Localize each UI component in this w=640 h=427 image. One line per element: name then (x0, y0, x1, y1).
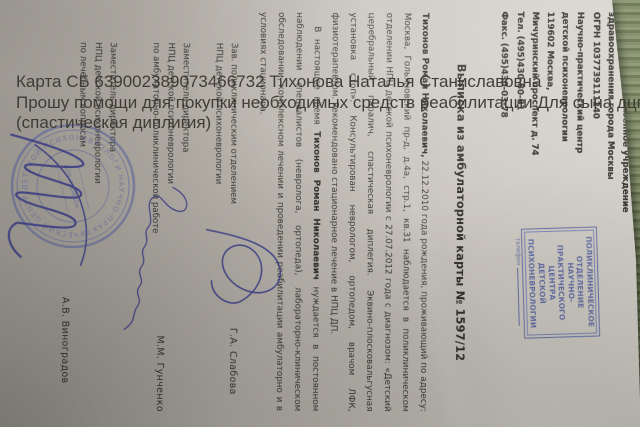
caption-line-card-number: Карта СБ 639002389073466732 Тихонова Нат… (16, 72, 640, 93)
signature-stroke-vinogradov-flourish (35, 145, 87, 265)
signature-stroke-gunchenko (124, 187, 187, 329)
caption-line-request: Прошу помощи для покупки необходимых сре… (16, 93, 640, 114)
signature-stroke-slabova (206, 230, 280, 304)
document-page: Государственное казенное учреждение здра… (0, 0, 640, 427)
paper-shadow: Государственное казенное учреждение здра… (0, 0, 640, 427)
photo-of-document: Государственное казенное учреждение здра… (0, 0, 640, 427)
paper-sheet: Государственное казенное учреждение здра… (0, 0, 640, 427)
caption-line-diagnosis: (спастическая диплигия) (16, 113, 640, 134)
caption-overlay: Карта СБ 639002389073466732 Тихонова Нат… (16, 72, 640, 134)
signatures-layer (0, 0, 640, 427)
